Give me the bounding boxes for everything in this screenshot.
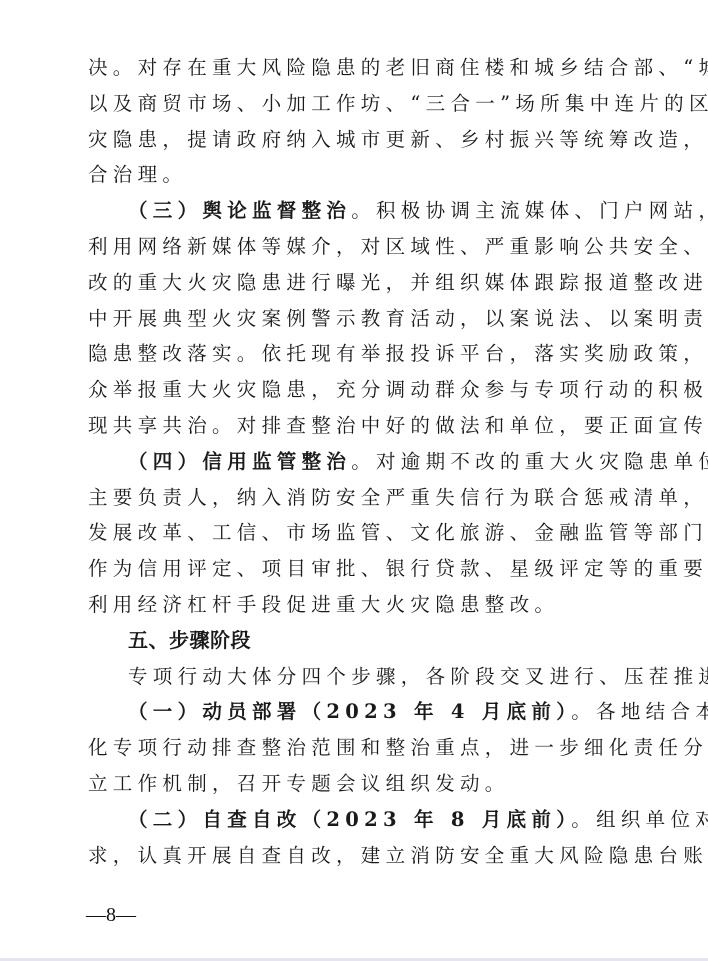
text-line: 主要负责人，纳入消防安全严重失信行为联合惩戒清单，并通报 bbox=[88, 480, 620, 516]
text-line: 中开展典型火灾案例警示教育活动，以案说法、以案明责，倒逼 bbox=[88, 301, 620, 337]
subsection-heading: （二）自查自改（2023 年 8 月底前） bbox=[128, 808, 571, 831]
subsection-heading: （四）信用监管整治 bbox=[128, 450, 351, 473]
line-text: 。积极协调主流媒体、门户网站，充分 bbox=[351, 199, 708, 222]
line-text: 灾隐患，提请政府纳入城市更新、乡村振兴等统筹改造，进行综 bbox=[88, 128, 708, 151]
subsection-heading: （一）动员部署（2023 年 4 月底前） bbox=[128, 700, 571, 723]
line-text: 合治理。 bbox=[88, 163, 187, 186]
line-text: 现共享共治。对排查整治中好的做法和单位，要正面宣传报道。 bbox=[88, 414, 708, 437]
section-heading: 五、步骤阶段 bbox=[88, 623, 620, 659]
page-number: —8— bbox=[86, 902, 136, 928]
text-line: 隐患整改落实。依托现有举报投诉平台，落实奖励政策，鼓励群 bbox=[88, 336, 620, 372]
line-text: 隐患整改落实。依托现有举报投诉平台，落实奖励政策，鼓励群 bbox=[88, 342, 708, 365]
paragraph-start-line: （一）动员部署（2023 年 4 月底前）。各地结合本地实际细 bbox=[88, 694, 620, 730]
line-text: 。对逾期不改的重大火灾隐患单位及其 bbox=[351, 450, 708, 473]
document-page: 决。对存在重大风险隐患的老旧商住楼和城乡结合部、“城中村” 以及商贸市场、小加工… bbox=[0, 0, 708, 958]
line-text: 。组织单位对照方案要 bbox=[571, 808, 708, 831]
line-text: 专项行动大体分四个步骤，各阶段交叉进行、压茬推进。 bbox=[128, 665, 708, 688]
text-line: 现共享共治。对排查整治中好的做法和单位，要正面宣传报道。 bbox=[88, 408, 620, 444]
text-line: 灾隐患，提请政府纳入城市更新、乡村振兴等统筹改造，进行综 bbox=[88, 122, 620, 158]
line-text: 发展改革、工信、市场监管、文化旅游、金融监管等部门，推动 bbox=[88, 521, 708, 544]
text-line: 利用网络新媒体等媒介，对区域性、严重影响公共安全、久拖不 bbox=[88, 229, 620, 265]
line-text: 利用经济杠杆手段促进重大火灾隐患整改。 bbox=[88, 593, 559, 616]
line-text: 利用网络新媒体等媒介，对区域性、严重影响公共安全、久拖不 bbox=[88, 235, 708, 258]
text-line: 改的重大火灾隐患进行曝光，并组织媒体跟踪报道整改进程。集 bbox=[88, 265, 620, 301]
text-line: 利用经济杠杆手段促进重大火灾隐患整改。 bbox=[88, 587, 620, 623]
text-line: 众举报重大火灾隐患，充分调动群众参与专项行动的积极性，实 bbox=[88, 372, 620, 408]
text-line: 作为信用评定、项目审批、银行贷款、星级评定等的重要依据， bbox=[88, 551, 620, 587]
paragraph-start-line: （四）信用监管整治。对逾期不改的重大火灾隐患单位及其 bbox=[88, 444, 620, 480]
line-text: 众举报重大火灾隐患，充分调动群众参与专项行动的积极性，实 bbox=[88, 378, 708, 401]
line-text: 立工作机制，召开专题会议组织发动。 bbox=[88, 772, 510, 795]
paragraph-start-line: （二）自查自改（2023 年 8 月底前）。组织单位对照方案要 bbox=[88, 802, 620, 838]
line-text: 主要负责人，纳入消防安全严重失信行为联合惩戒清单，并通报 bbox=[88, 486, 708, 509]
subsection-heading: （三）舆论监督整治 bbox=[128, 199, 351, 222]
text-line: 立工作机制，召开专题会议组织发动。 bbox=[88, 766, 620, 802]
text-line: 合治理。 bbox=[88, 157, 620, 193]
text-line: 发展改革、工信、市场监管、文化旅游、金融监管等部门，推动 bbox=[88, 515, 620, 551]
line-text: 改的重大火灾隐患进行曝光，并组织媒体跟踪报道整改进程。集 bbox=[88, 271, 708, 294]
line-text: 以及商贸市场、小加工作坊、“三合一”场所集中连片的区域性火 bbox=[88, 92, 708, 115]
text-line: 求，认真开展自查自改，建立消防安全重大风险隐患台账，按规 bbox=[88, 838, 620, 874]
text-line: 决。对存在重大风险隐患的老旧商住楼和城乡结合部、“城中村” bbox=[88, 50, 620, 86]
line-text: 求，认真开展自查自改，建立消防安全重大风险隐患台账，按规 bbox=[88, 844, 708, 867]
text-line: 化专项行动排查整治范围和整治重点，进一步细化责任分工、建 bbox=[88, 730, 620, 766]
paragraph-start-line: （三）舆论监督整治。积极协调主流媒体、门户网站，充分 bbox=[88, 193, 620, 229]
line-text: 作为信用评定、项目审批、银行贷款、星级评定等的重要依据， bbox=[88, 557, 708, 580]
line-text: 决。对存在重大风险隐患的老旧商住楼和城乡结合部、“城中村” bbox=[88, 56, 708, 79]
document-body: 决。对存在重大风险隐患的老旧商住楼和城乡结合部、“城中村” 以及商贸市场、小加工… bbox=[88, 50, 620, 873]
line-text: 中开展典型火灾案例警示教育活动，以案说法、以案明责，倒逼 bbox=[88, 307, 708, 330]
paragraph-start-line: 专项行动大体分四个步骤，各阶段交叉进行、压茬推进。 bbox=[88, 659, 620, 695]
line-text: 。各地结合本地实际细 bbox=[571, 700, 708, 723]
line-text: 化专项行动排查整治范围和整治重点，进一步细化责任分工、建 bbox=[88, 736, 708, 759]
text-line: 以及商贸市场、小加工作坊、“三合一”场所集中连片的区域性火 bbox=[88, 86, 620, 122]
